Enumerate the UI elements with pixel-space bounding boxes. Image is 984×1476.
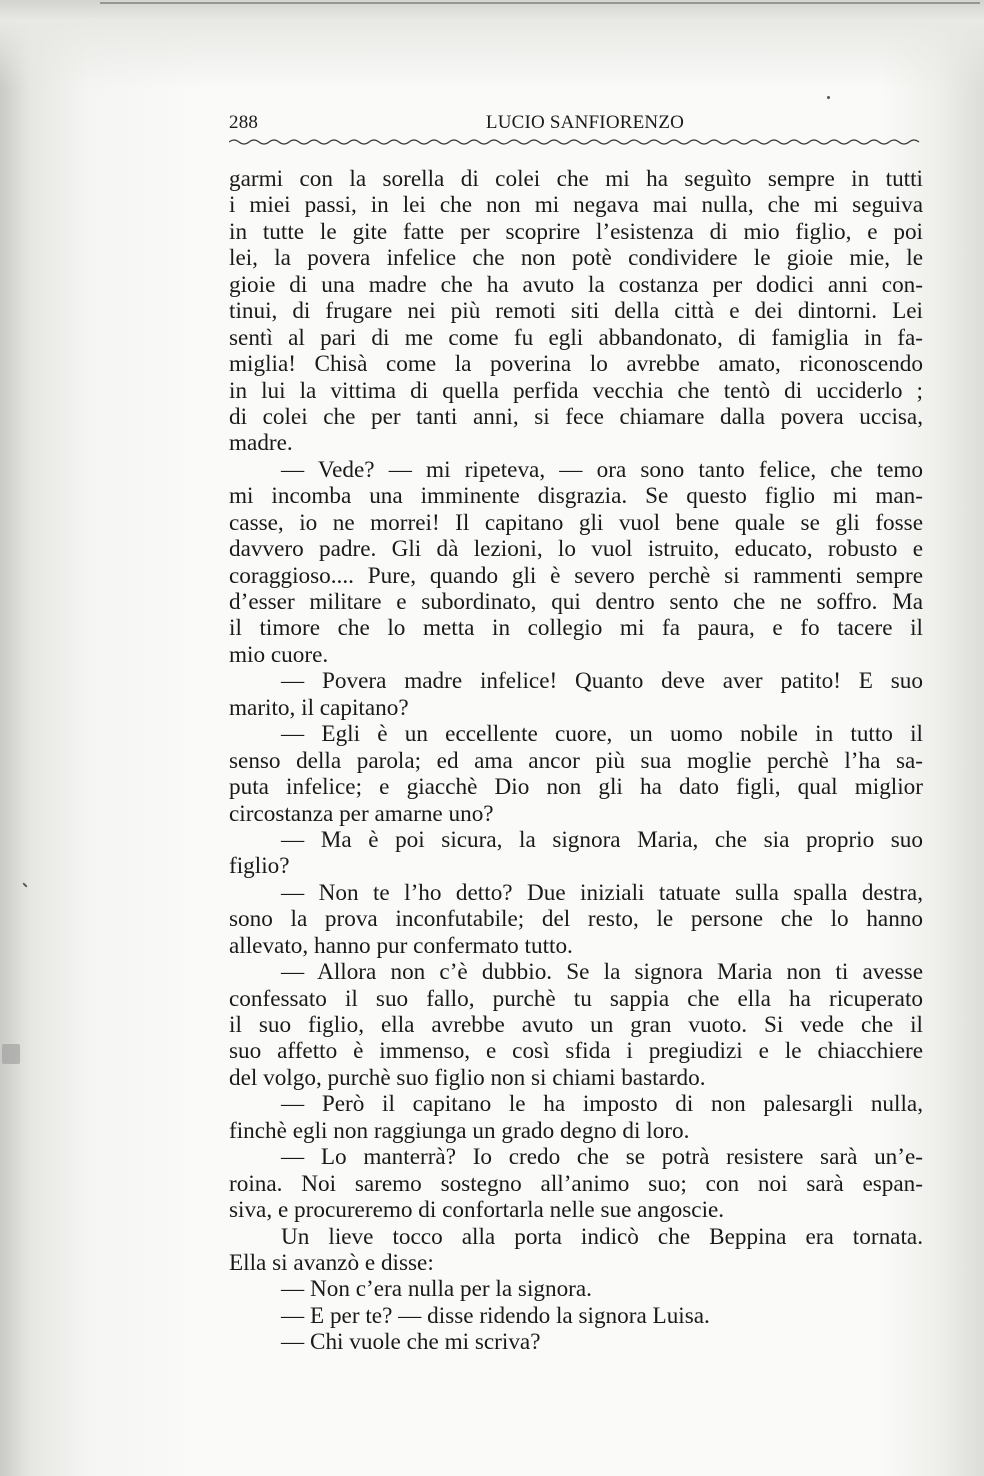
text-line: — Lo manterrà? Io credo che se potrà res…: [229, 1144, 923, 1170]
text-line: circostanza per amarne uno?: [229, 801, 923, 827]
text-line: in tutte le gite fatte per scoprire l’es…: [229, 219, 923, 245]
text-line: confessato il suo fallo, purchè tu sappi…: [229, 986, 923, 1012]
text-line: — Ma è poi sicura, la signora Maria, che…: [229, 827, 923, 853]
text-line: garmi con la sorella di colei che mi ha …: [229, 166, 923, 192]
text-line: di colei che per tanti anni, si fece chi…: [229, 404, 923, 430]
text-line: Ella si avanzò e disse:: [229, 1250, 923, 1276]
text-line: — Allora non c’è dubbio. Se la signora M…: [229, 959, 923, 985]
scanned-book-page: 288 LUCIO SANFIORENZO garmi con la sorel…: [0, 0, 984, 1476]
text-line: — E per te? — disse ridendo la signora L…: [229, 1303, 923, 1329]
text-line: gioie di una madre che ha avuto la costa…: [229, 272, 923, 298]
text-line: casse, io ne morrei! Il capitano gli vuo…: [229, 510, 923, 536]
scan-speck: [22, 882, 28, 888]
text-line: d’esser militare e subordinato, qui dent…: [229, 589, 923, 615]
scan-smudge: [2, 1044, 20, 1064]
text-line: — Chi vuole che mi scriva?: [229, 1329, 923, 1355]
page-header: 288 LUCIO SANFIORENZO: [229, 112, 923, 136]
text-line: i miei passi, in lei che non mi negava m…: [229, 192, 923, 218]
text-line: — Non te l’ho detto? Due iniziali tatuat…: [229, 880, 923, 906]
text-line: — Però il capitano le ha imposto di non …: [229, 1091, 923, 1117]
text-line: miglia! Chisà come la poverina lo avrebb…: [229, 351, 923, 377]
text-line: il timore che lo metta in collegio mi fa…: [229, 615, 923, 641]
text-line: madre.: [229, 430, 923, 456]
text-line: lei, la povera infelice che non potè con…: [229, 245, 923, 271]
text-line: tinui, di frugare nei più remoti siti de…: [229, 298, 923, 324]
text-line: mi incomba una imminente disgrazia. Se q…: [229, 483, 923, 509]
body-text: garmi con la sorella di colei che mi ha …: [229, 166, 923, 1356]
text-line: puta infelice; e giacchè Dio non gli ha …: [229, 774, 923, 800]
text-line: coraggioso.... Pure, quando gli è severo…: [229, 563, 923, 589]
scan-edge-line: [100, 2, 980, 4]
text-line: del volgo, purchè suo figlio non si chia…: [229, 1065, 923, 1091]
text-line: il suo figlio, ella avrebbe avuto un gra…: [229, 1012, 923, 1038]
text-line: allevato, hanno pur confermato tutto.: [229, 933, 923, 959]
text-line: siva, e procureremo di confortarla nelle…: [229, 1197, 923, 1223]
scan-speck: [827, 96, 830, 99]
text-line: finchè egli non raggiunga un grado degno…: [229, 1118, 923, 1144]
running-title: LUCIO SANFIORENZO: [229, 112, 923, 134]
text-line: roina. Noi saremo sostegno all’animo suo…: [229, 1171, 923, 1197]
text-line: Un lieve tocco alla porta indicò che Bep…: [229, 1224, 923, 1250]
text-line: in lui la vittima di quella perfida vecc…: [229, 378, 923, 404]
text-line: mio cuore.: [229, 642, 923, 668]
text-line: sentì al pari di me come fu egli abbando…: [229, 325, 923, 351]
text-line: figlio?: [229, 853, 923, 879]
text-line: davvero padre. Gli dà lezioni, lo vuol i…: [229, 536, 923, 562]
text-line: marito, il capitano?: [229, 695, 923, 721]
text-line: — Non c’era nulla per la signora.: [229, 1276, 923, 1302]
text-line: senso della parola; ed ama ancor più sua…: [229, 748, 923, 774]
wavy-header-rule: [229, 138, 923, 146]
text-line: sono la prova inconfutabile; del resto, …: [229, 906, 923, 932]
text-line: — Egli è un eccellente cuore, un uomo no…: [229, 721, 923, 747]
text-line: — Povera madre infelice! Quanto deve ave…: [229, 668, 923, 694]
text-line: — Vede? — mi ripeteva, — ora sono tanto …: [229, 457, 923, 483]
text-line: suo affetto è immenso, e così sfida i pr…: [229, 1038, 923, 1064]
